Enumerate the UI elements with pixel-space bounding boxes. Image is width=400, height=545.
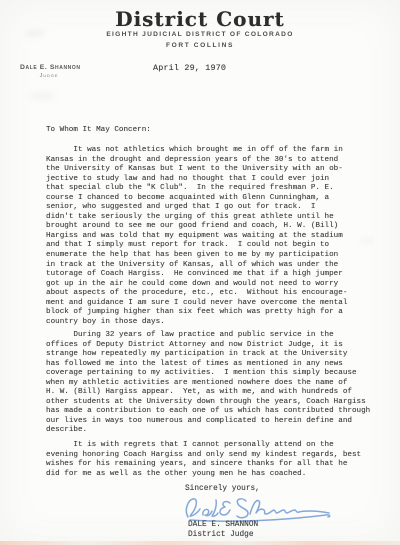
salutation: To Whom It May Concern: [46, 126, 151, 134]
closing-line: Sincerely yours, [185, 485, 260, 493]
letterhead-judge-block: Dale E. Shannon Judge [20, 64, 78, 79]
letterhead-district-line: EIGHTH JUDICIAL DISTRICT OF COLORADO [0, 31, 400, 38]
scan-edge-artifact [0, 541, 400, 545]
letterhead-court-name: District Court [0, 7, 400, 31]
scan-smudge [30, 92, 56, 100]
scan-smudge [360, 238, 374, 244]
letterhead-judge-name: Dale E. Shannon [20, 64, 78, 71]
handwritten-signature [182, 496, 342, 524]
typed-signature-name: DALE E. SHANNON [188, 521, 258, 529]
paragraph-2: During 32 years of law practice and publ… [46, 331, 370, 436]
typed-signature-title: District Judge [188, 531, 254, 539]
letterhead-judge-title: Judge [20, 73, 78, 79]
paragraph-3: It is with regrets that I cannot persona… [46, 441, 361, 479]
letter-date: April 29, 1970 [153, 63, 226, 73]
paragraph-1: It was not athletics which brought me in… [46, 146, 347, 327]
letter-page: District Court EIGHTH JUDICIAL DISTRICT … [0, 0, 400, 545]
letterhead-city-line: FORT COLLINS [0, 42, 400, 49]
